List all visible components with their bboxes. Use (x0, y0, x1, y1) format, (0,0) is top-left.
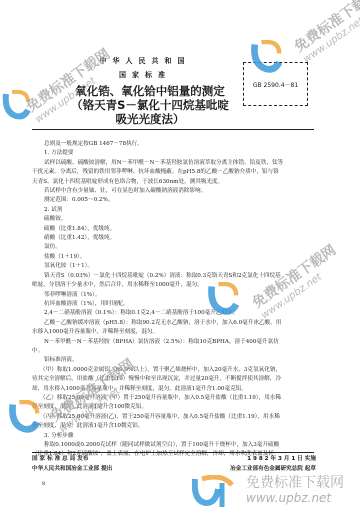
body-line: （乙）移取25.00毫升溶液（甲）置于250毫升容量瓶中，加入0.5毫升盐酸（比… (32, 394, 316, 403)
effective-date: 1 9 8 2 年 3 月 1 日 实施 (247, 454, 316, 464)
document-title: 氧化锆、氧化铪中铝量的测定 （铬天青S－氯化十四烷基吡啶 吸光光度法） (60, 84, 240, 126)
body-line: N－苯甲酰－N－苯基羟胺（BPHA）氯仿溶液（2.5%）：称取10克BPHA，溶… (32, 338, 316, 347)
standard-number: GB 2590.4－81 (253, 80, 298, 89)
body-line: 却，用水移入1000毫升容量瓶中，并稀释至刻度，混匀。此溶液1毫升含1.00毫克… (32, 385, 316, 394)
header-divider (32, 129, 314, 130)
body-line: （甲）称取1.0000克金属铝（99.9%以上），置于聚乙烯烧杯中，加入20毫升… (32, 366, 316, 375)
watermark-brand: 免费标准下载网 (246, 476, 344, 491)
title-line-2: （铬天青S－氯化十四烷基吡啶 (60, 98, 240, 112)
body-line: 硫酸（比重1.84），优级纯。 (32, 225, 316, 234)
document-body: 总则及一般规定按GB 1467－78执行。 1. 方法提要 试样以硫酸、硫酸铵溶… (32, 140, 316, 460)
publisher: 国 家 标 准 总 局 发布 (32, 454, 88, 464)
body-line: 邻菲啰啉溶液（1%）。 (32, 291, 316, 300)
body-line: 若试样中含有少量铀、钍，可在显色时加入碳酸钠溶液消除影响。 (32, 187, 316, 196)
body-line: 水移入1000毫升容量瓶中，并稀释至刻度，混匀。 (32, 328, 316, 337)
section-heading: 2. 试剂 (32, 206, 316, 215)
body-line: 吡啶，分别溶于少量水中，然后合并，用水稀释至1000毫升，混匀。 (32, 281, 316, 290)
section-heading: 3. 分析步骤 (32, 432, 316, 441)
body-line: 铬天青S（0.03%）－氯化十四烷基吡啶（0.2%）溶液：称取0.3克铬天青S和… (32, 272, 316, 281)
watermark-url: www.upbz.net (246, 491, 344, 505)
body-line: 释至刻度，混匀。此溶液1毫升含10微克铝。 (32, 422, 316, 431)
watermark-logo (2, 90, 32, 130)
drafter: 冶金工业部有色金属研究总院 起草 (230, 464, 316, 474)
body-line: 氯仿。 (32, 243, 316, 252)
title-line-3: 吸光光度法） (60, 112, 240, 126)
body-line: 硝酸（比重1.42），优级纯。 (32, 234, 316, 243)
body-line: 干扰元素。分离后，残留的铁用邻菲啰啉、抗坏血酸掩蔽。在pH5.8的乙酸－乙酸钠介… (32, 168, 316, 177)
body-line: 硫酸铵。 (32, 215, 316, 224)
up-logo-icon (2, 90, 32, 126)
document-page: 中华人民共和国 国家标准 氧化锆、氧化铪中铝量的测定 （铬天青S－氯化十四烷基吡… (0, 0, 360, 509)
body-line: 盐酸（1＋19）。 (32, 253, 316, 262)
country-header: 中华人民共和国 (90, 56, 200, 66)
watermark-brand: 免费标准下载网 (290, 0, 360, 56)
title-line-1: 氧化锆、氧化铪中铝量的测定 (60, 84, 240, 98)
body-line: 测定范围：0.005～0.2%。 (32, 196, 316, 205)
proposer: 中华人民共和国冶金工业部 提出 (32, 464, 112, 474)
body-line: 待其完全溶解后，用盐酸（比重1.19）慢慢中和至出现沉淀，并过量20毫升，不断搅… (32, 375, 316, 384)
body-line: 氢氧化铵（1＋1）。 (32, 262, 316, 271)
watermark-url: www.upbz.net (301, 0, 360, 65)
body-line: 乙酸－乙酸钠缓冲溶液（pH5.8）：称取90.2克无水乙酸钠，溶于水中，加入6.… (32, 319, 316, 328)
body-line: 2,4－二硝基酚溶液（0.1%）：称取0.1克2,4－二硝基酚溶于100毫升乙醇… (32, 309, 316, 318)
body-line: 抗坏血酸溶液（1%），用时现配。 (32, 300, 316, 309)
body-line: 释至刻度，混匀。此溶液1毫升含100微克铝。 (32, 403, 316, 412)
document-footer: 国 家 标 准 总 局 发布 1 9 8 2 年 3 月 1 日 实施 中华人民… (32, 454, 316, 474)
up-logo-icon (192, 475, 238, 509)
watermark-text-footer: 免费标准下载网 www.upbz.net (246, 476, 344, 505)
body-line: 试样以硫酸、硫酸铵溶解，用N－苯甲酰－N－苯基羟胺氯仿溶液萃取分离主体锆、铪及铁… (32, 159, 316, 168)
body-line: 称取0.1000或0.2000克试样（随同试样做试剂空白），置于100毫升干烧杯… (32, 441, 316, 450)
category-header: 国家标准 (90, 70, 200, 80)
body-line: 中。 (32, 347, 316, 356)
body-line: 铝标准溶液。 (32, 356, 316, 365)
standard-number-box: GB 2590.4－81 (243, 62, 308, 106)
section-heading: 1. 方法提要 (32, 149, 316, 158)
body-line: 天青S、氯化十四烷基吡啶形成有色络合物，于波长630nm处，测其吸光度。 (32, 178, 316, 187)
watermark-logo (192, 475, 238, 509)
body-line: （丙）移取25.00毫升溶液(乙)，置于250毫升容量瓶中，加入0.5毫升盐酸（… (32, 413, 316, 422)
page-number: 8 (42, 481, 45, 487)
footer-divider (32, 452, 314, 453)
body-line: 总则及一般规定按GB 1467－78执行。 (32, 140, 316, 149)
